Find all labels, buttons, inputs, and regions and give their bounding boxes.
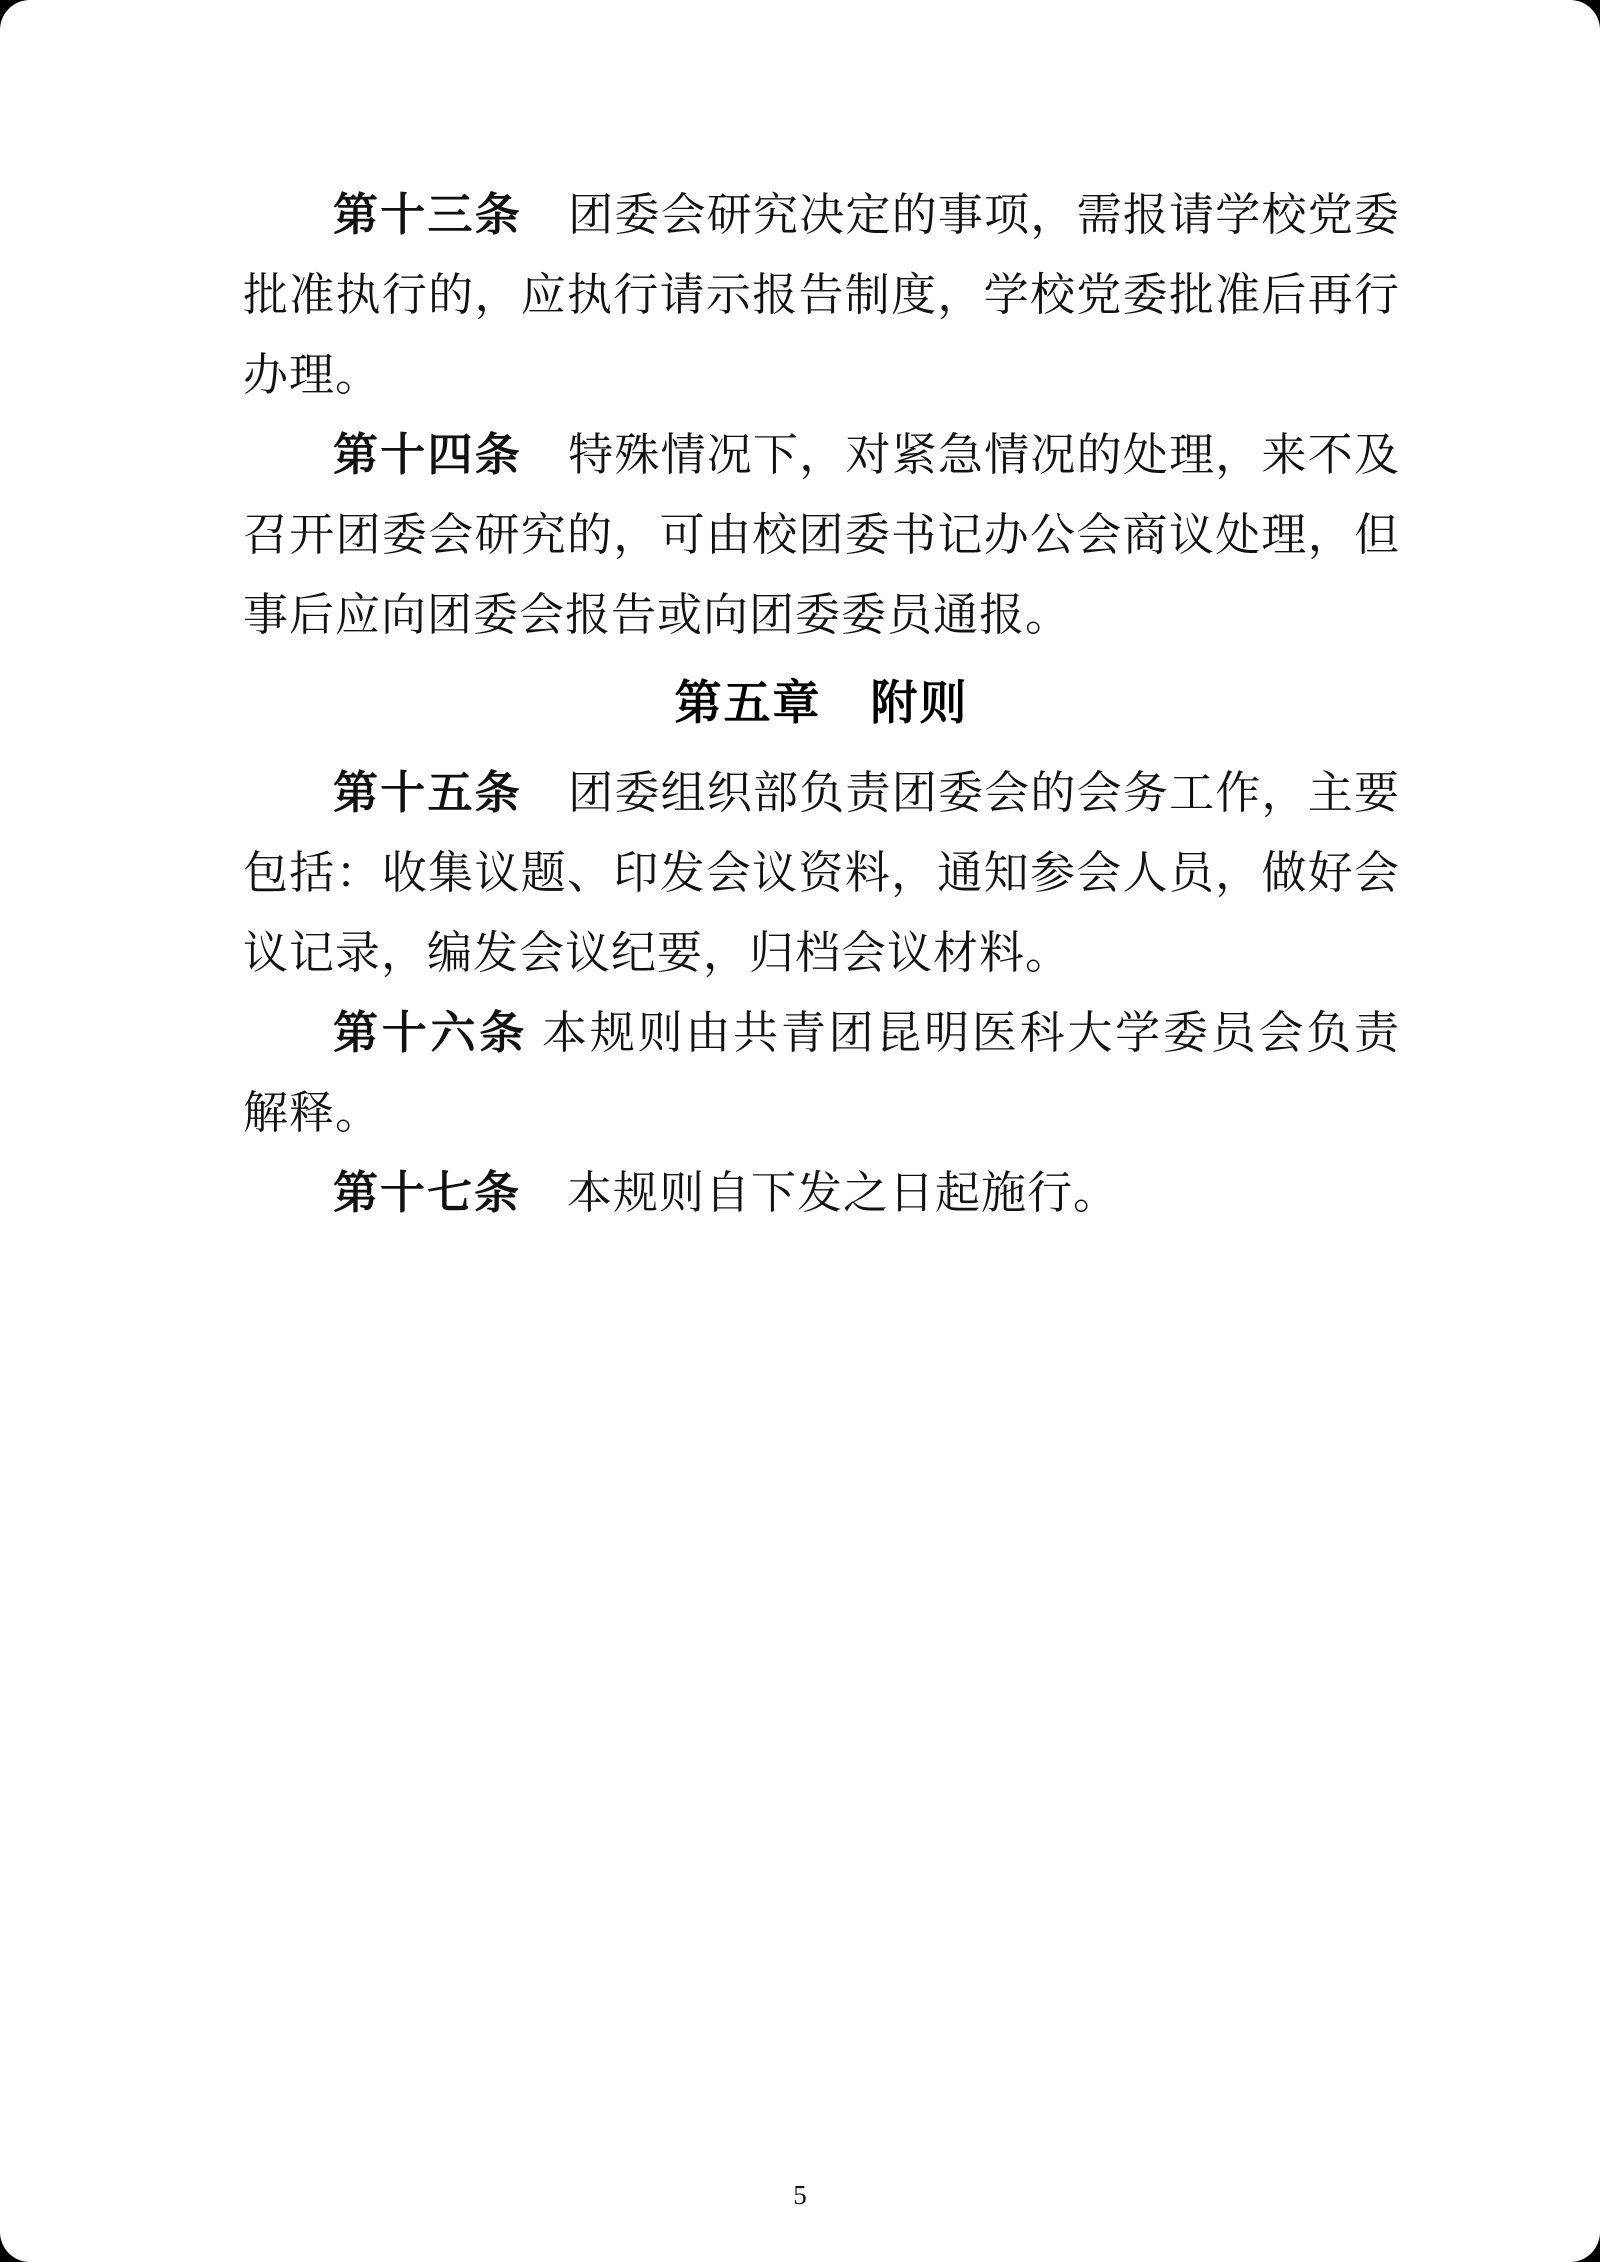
article-14-number: 第十四条 [333, 430, 522, 480]
article-15-number: 第十五条 [333, 768, 522, 818]
article-13-paragraph: 第十三条 团委会研究决定的事项，需报请学校党委批准执行的，应执行请示报告制度，学… [243, 175, 1400, 415]
page-number: 5 [0, 2180, 1600, 2210]
article-15-paragraph: 第十五条 团委组织部负责团委会的会务工作，主要包括：收集议题、印发会议资料，通知… [243, 753, 1400, 993]
chapter-5-heading: 第五章 附则 [243, 663, 1400, 743]
article-16-paragraph: 第十六条 本规则由共青团昆明医科大学委员会负责解释。 [243, 993, 1400, 1153]
document-body: 第十三条 团委会研究决定的事项，需报请学校党委批准执行的，应执行请示报告制度，学… [243, 175, 1400, 1233]
article-17-text: 本规则自下发之日起施行。 [521, 1168, 1119, 1218]
document-page: 第十三条 团委会研究决定的事项，需报请学校党委批准执行的，应执行请示报告制度，学… [0, 0, 1600, 2262]
article-16-number: 第十六条 [333, 1008, 528, 1058]
article-17-paragraph: 第十七条 本规则自下发之日起施行。 [243, 1153, 1400, 1233]
article-14-paragraph: 第十四条 特殊情况下，对紧急情况的处理，来不及召开团委会研究的，可由校团委书记办… [243, 415, 1400, 655]
article-13-number: 第十三条 [333, 190, 522, 240]
article-17-number: 第十七条 [333, 1168, 521, 1218]
